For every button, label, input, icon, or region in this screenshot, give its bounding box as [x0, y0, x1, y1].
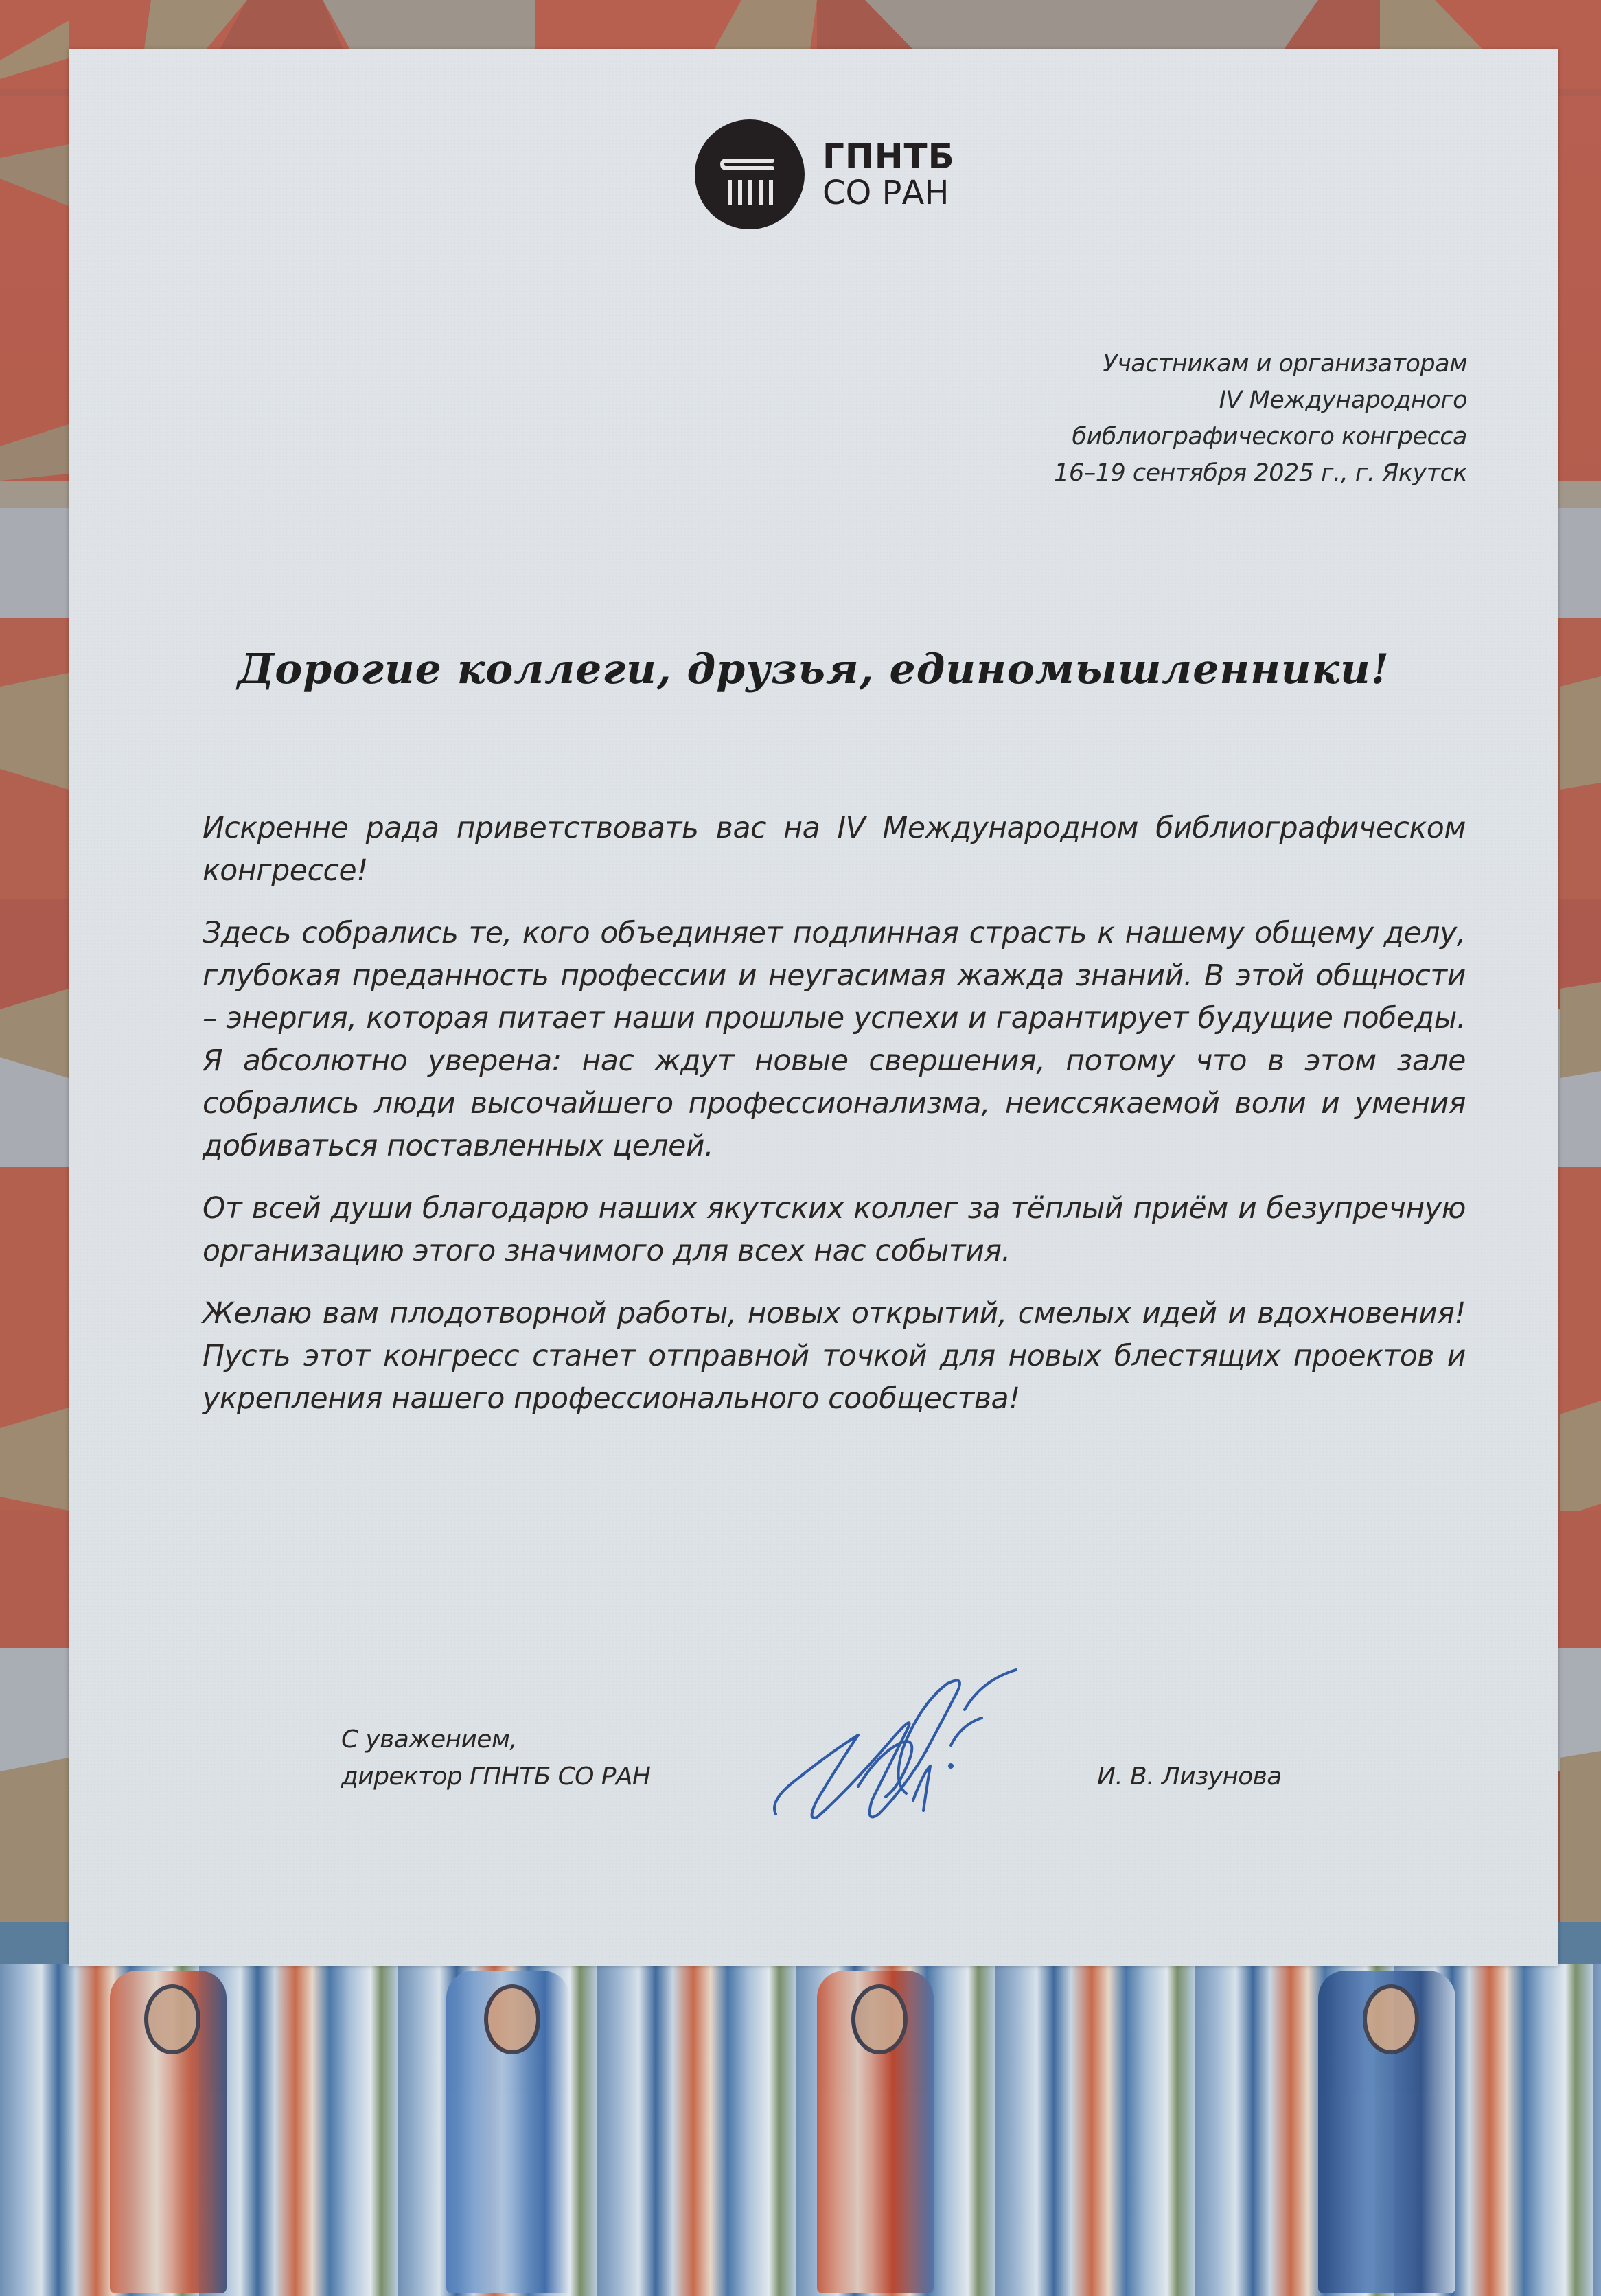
signature-icon: [755, 1629, 1112, 1835]
addressee-line: библиографического конгресса: [1054, 419, 1467, 455]
logo-line-1: ГПНТБ: [822, 139, 955, 174]
addressee-line: IV Международного: [1054, 382, 1467, 419]
column-icon: [695, 119, 805, 229]
mosaic-figure-woman: [446, 1971, 570, 2293]
body-paragraph: Искренне рада приветствовать вас на IV М…: [203, 807, 1466, 893]
greeting-heading: Дорогие коллеги, друзья, единомышленники…: [69, 645, 1558, 693]
mosaic-figure-man-in-coat: [1318, 1971, 1455, 2293]
institution-logo: ГПНТБ СО РАН: [695, 119, 955, 229]
addressee-line: 16–19 сентября 2025 г., г. Якутск: [1054, 455, 1467, 492]
signer-title: директор ГПНТБ СО РАН: [341, 1758, 650, 1795]
letter-page: ГПНТБ СО РАН Участникам и организаторам …: [69, 49, 1558, 1966]
addressee-block: Участникам и организаторам IV Международ…: [1054, 346, 1467, 492]
mosaic-figure-scholar: [110, 1971, 227, 2293]
logo-line-2: СО РАН: [822, 176, 955, 209]
mosaic-figure-lomonosov: [817, 1971, 934, 2293]
closing-block: С уважением, директор ГПНТБ СО РАН: [341, 1721, 650, 1795]
mosaic-mural-image: [0, 1964, 1601, 2296]
addressee-line: Участникам и организаторам: [1054, 346, 1467, 382]
body-paragraph: Здесь собрались те, кого объединяет подл…: [203, 912, 1466, 1168]
body-paragraph: От всей души благодарю наших якутских ко…: [203, 1188, 1466, 1273]
logo-wordmark: ГПНТБ СО РАН: [822, 139, 955, 209]
letter-body: Искренне рада приветствовать вас на IV М…: [203, 807, 1466, 1440]
closing-salutation: С уважением,: [341, 1721, 650, 1758]
body-paragraph: Желаю вам плодотворной работы, новых отк…: [203, 1293, 1466, 1421]
signer-name: И. В. Лизунова: [1097, 1758, 1282, 1795]
